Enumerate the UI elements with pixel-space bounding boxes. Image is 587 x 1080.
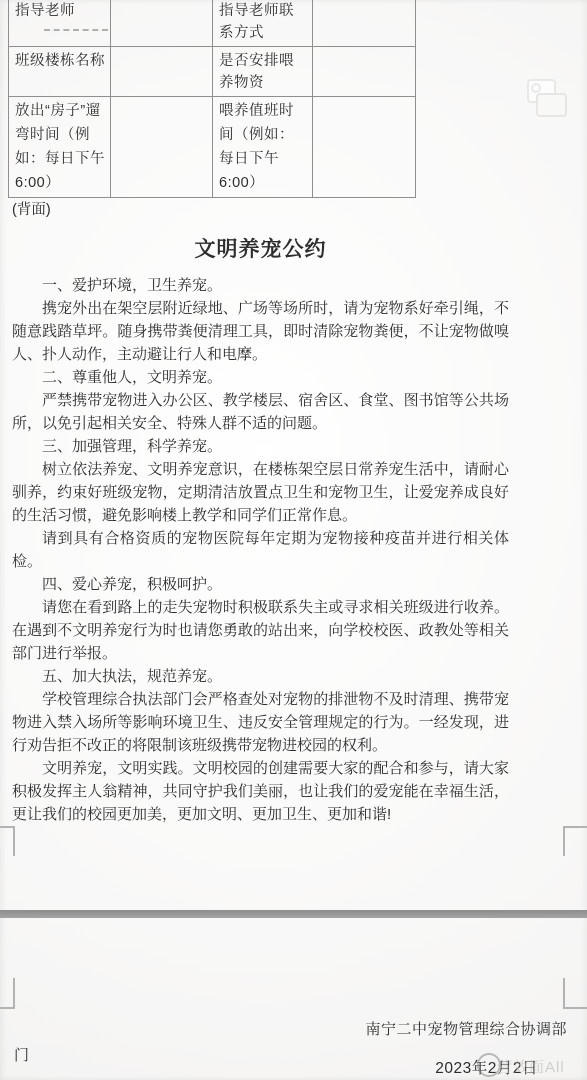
form-value-cell [313, 47, 416, 97]
form-label-cell: 是否安排喂养物资 [213, 47, 313, 97]
pact-paragraph: 一、爱护环境，卫生养宠。 [12, 274, 509, 297]
pip-float-button[interactable] [524, 76, 566, 120]
document-body: (背面) 文明养宠公约 一、爱护环境，卫生养宠。 携宠外出在架空层附近绿地、广场… [12, 201, 509, 826]
pact-paragraph: 树立依法养宠、文明养宠意识，在楼栋架空层日常养宠生活中，请耐心驯养，约束好班级宠… [12, 458, 509, 527]
form-label-cell: 指导老师联系方式 [213, 0, 313, 47]
watermark-text: 营效面All [497, 1056, 565, 1077]
table-row: 放出“房子”遛弯时间（例如：每日下午6:00） 喂养值班时间（例如：每日下午6:… [9, 97, 416, 198]
window-dot-icon [531, 83, 541, 93]
form-label-cell: 喂养值班时间（例如：每日下午6:00） [213, 97, 313, 198]
form-value-cell [111, 0, 213, 47]
pact-paragraph: 四、爱心养宠，积极呵护。 [12, 573, 509, 596]
table-row: 指导老师 指导老师联系方式 [9, 0, 416, 47]
document-photo: 指导老师 指导老师联系方式 班级楼栋名称 是否安排喂养物资 放出“房子”遛弯时间… [0, 0, 587, 1080]
page-break-divider [0, 910, 587, 918]
pact-paragraph: 文明养宠，文明实践。文明校园的创建需要大家的配合和参与，请大家积极发挥主人翁精神… [12, 757, 509, 826]
pact-paragraph: 二、尊重他人，文明养宠。 [12, 366, 509, 389]
pact-paragraph: 五、加大执法，规范养宠。 [12, 665, 509, 688]
form-value-cell [313, 0, 416, 47]
page-title: 文明养宠公约 [12, 233, 509, 263]
form-value-cell [111, 47, 213, 97]
pact-paragraph: 三、加强管理，科学养宠。 [12, 435, 509, 458]
signature-wrapped-char: 门 [14, 1044, 29, 1065]
form-label-cell: 放出“房子”遛弯时间（例如：每日下午6:00） [9, 97, 111, 198]
text-boundary-mark [0, 826, 15, 856]
pact-paragraph: 请您在看到路上的走失宠物时积极联系失主或寻求相关班级进行收养。在遇到不文明养宠行… [12, 596, 509, 665]
signature-department: 南宁二中宠物管理综合协调部 [365, 1018, 567, 1039]
pact-paragraph: 携宠外出在架空层附近绿地、广场等场所时，请为宠物系好牵引绳，不随意践踏草坪。随身… [12, 297, 509, 366]
text-boundary-mark [563, 826, 587, 856]
form-label-cell: 指导老师 [9, 0, 111, 47]
pact-paragraph: 严禁携带宠物进入办公区、教学楼层、宿舍区、食堂、图书馆等公共场所，以免引起相关安… [12, 389, 509, 435]
form-value-cell [313, 97, 416, 198]
front-window-icon [536, 93, 567, 117]
table-row: 班级楼栋名称 是否安排喂养物资 [9, 47, 416, 97]
back-side-label: (背面) [12, 201, 509, 219]
pact-paragraph: 学校管理综合执法部门会严格查处对宠物的排泄物不及时清理、携带宠物进入禁入场所等影… [12, 688, 509, 757]
dashed-edit-mark [44, 29, 108, 31]
text-boundary-mark [0, 978, 15, 1009]
text-boundary-mark [563, 978, 587, 1009]
pact-paragraph: 请到具有合格资质的宠物医院每年定期为宠物接种疫苗并进行相关体检。 [12, 527, 509, 573]
form-value-cell [111, 97, 213, 198]
form-label-cell: 班级楼栋名称 [9, 47, 111, 97]
